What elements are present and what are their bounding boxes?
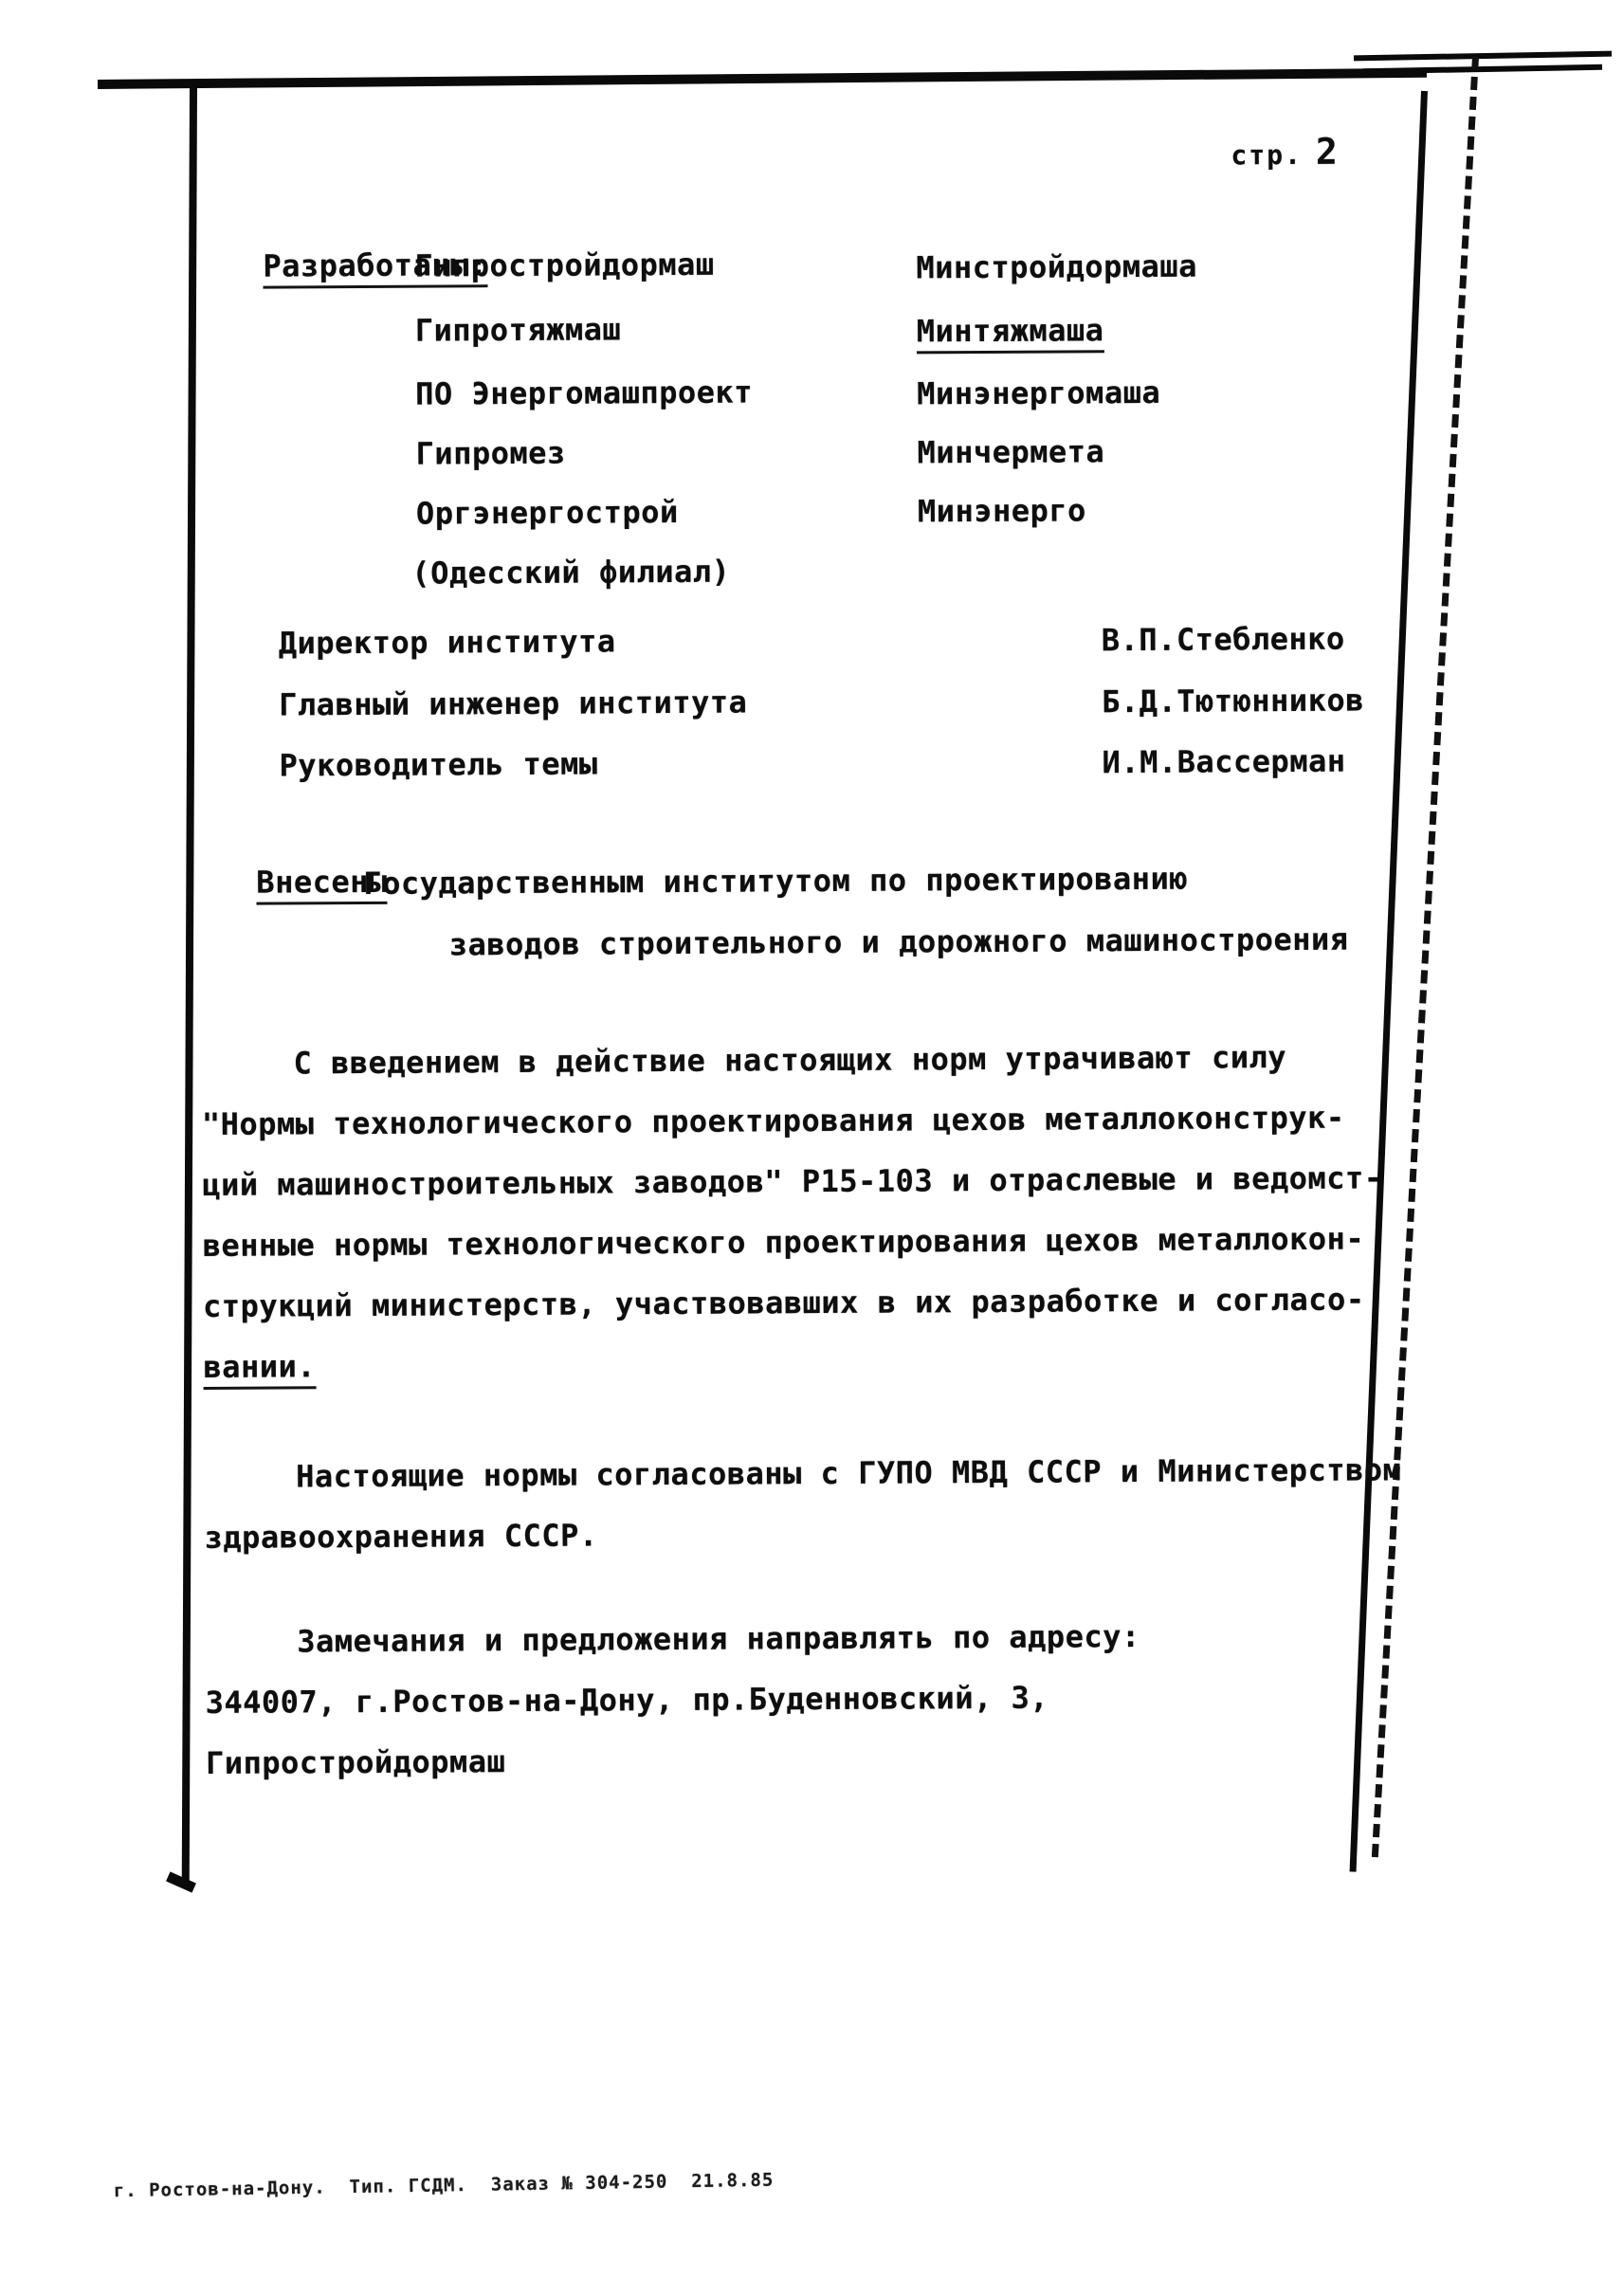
- signatory-role: Руководитель темы: [279, 745, 597, 783]
- paragraph-norms-superseded: С введением в действие настоящих норм ут…: [201, 1026, 1384, 1397]
- ministry-item: Минэнерго: [918, 492, 1086, 529]
- institute-item: Оргэнергострой: [416, 494, 679, 532]
- ministry-item: Минтяжмаша: [917, 312, 1104, 354]
- page-content: стр.2 Разработаны: Гипростройдормаш Гипр…: [0, 0, 1623, 2296]
- ministry-item: Минстройдормаша: [916, 248, 1197, 286]
- signatory-name: И.М.Вассерман: [1102, 743, 1345, 781]
- ministry-item: Минэнергомаша: [917, 374, 1160, 412]
- paragraph-line: "Нормы технологического проектирования ц…: [202, 1086, 1383, 1155]
- document-page: стр.2 Разработаны: Гипростройдормаш Гипр…: [0, 0, 1623, 2296]
- paragraph-line: здравоохранения СССР.: [204, 1500, 1402, 1568]
- signatory-name: Б.Д.Тютюнников: [1102, 683, 1364, 720]
- paragraph-line: ций машиностроительных заводов" Р15-103 …: [202, 1147, 1383, 1215]
- institute-item: Гипростройдормаш: [414, 246, 714, 284]
- signatory-name: В.П.Стебленко: [1102, 621, 1345, 659]
- address-line: Гипростройдормаш: [206, 1727, 1141, 1794]
- page-number-value: 2: [1316, 131, 1338, 173]
- address-line: Замечания и предложения направлять по ад…: [205, 1606, 1140, 1672]
- submitted-line: Государственным институтом по проектиров…: [363, 861, 1188, 902]
- paragraph-approvals: Настоящие нормы согласованы с ГУПО МВД С…: [204, 1439, 1402, 1568]
- institute-item: (Одесский филиал): [411, 554, 730, 592]
- paragraph-line: венные нормы технологического проектиров…: [203, 1208, 1384, 1276]
- page-number: стр.2: [1176, 113, 1338, 191]
- paragraph-line: струкций министерств, участвовавших в их…: [203, 1268, 1384, 1337]
- submitted-line: заводов строительного и дорожного машино…: [449, 921, 1349, 963]
- paragraph-line: С введением в действие настоящих норм ут…: [201, 1026, 1382, 1094]
- page-number-label: стр.: [1231, 139, 1303, 171]
- signatory-role: Главный инженер института: [279, 684, 747, 723]
- institute-item: Гипротяжмаш: [415, 311, 622, 348]
- paragraph-address: Замечания и предложения направлять по ад…: [205, 1606, 1141, 1794]
- paragraph-line: Настоящие нормы согласованы с ГУПО МВД С…: [204, 1439, 1402, 1507]
- signatory-role: Директор института: [279, 623, 616, 661]
- ministry-item: Минчермета: [917, 433, 1104, 470]
- institute-item: Гипромез: [415, 435, 565, 472]
- paragraph-line: вании.: [203, 1348, 316, 1390]
- institute-item: ПО Энергомашпроект: [415, 374, 753, 411]
- address-line: 344007, г.Ростов-на-Дону, пр.Буденновски…: [205, 1667, 1140, 1733]
- print-shop-imprint: г. Ростов-на-Дону. Тип. ГСДМ. Заказ № 30…: [114, 2170, 775, 2202]
